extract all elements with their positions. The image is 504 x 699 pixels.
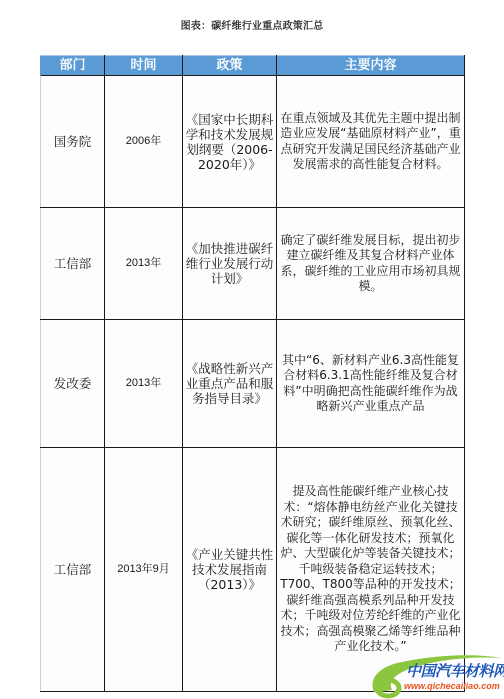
cell-dept: 国务院 bbox=[41, 76, 105, 208]
table-row: 工信部 2013年 《加快推进碳纤维行业发展行动计划》 确定了碳纤维发展目标，提… bbox=[41, 208, 465, 320]
cell-policy: 《国家中长期科学和技术发展规划纲要（2006-2020年）》 bbox=[183, 76, 277, 208]
cell-policy: 《产业关键共性技术发展指南（2013）》 bbox=[183, 448, 277, 692]
page: 图表：碳纤维行业重点政策汇总 部门 时间 政策 主要内容 国务院 2006年 《… bbox=[0, 0, 504, 699]
table-row: 发改委 2013年 《战略性新兴产业重点产品和服务指导目录》 其中“6、新材料产… bbox=[41, 320, 465, 448]
cell-dept: 发改委 bbox=[41, 320, 105, 448]
cell-time: 2006年 bbox=[105, 76, 183, 208]
cell-time: 2013年9月 bbox=[105, 448, 183, 692]
cell-time: 2013年 bbox=[105, 320, 183, 448]
cell-content: 其中“6、新材料产业6.3高性能复合材料6.3.1高性能纤维及复合材料”中明确把… bbox=[277, 320, 465, 448]
cell-dept: 工信部 bbox=[41, 448, 105, 692]
table-row: 国务院 2006年 《国家中长期科学和技术发展规划纲要（2006-2020年）》… bbox=[41, 76, 465, 208]
cell-time: 2013年 bbox=[105, 208, 183, 320]
watermark-url: www.qichecailiao.com bbox=[404, 681, 500, 691]
header-policy: 政策 bbox=[183, 56, 277, 76]
cell-content: 在重点领域及其优先主题中提出制造业应发展“基础原材料产业”，重点研究开发满足国民… bbox=[277, 76, 465, 208]
policy-table: 部门 时间 政策 主要内容 国务院 2006年 《国家中长期科学和技术发展规划纲… bbox=[40, 55, 465, 692]
cell-policy: 《加快推进碳纤维行业发展行动计划》 bbox=[183, 208, 277, 320]
header-content: 主要内容 bbox=[277, 56, 465, 76]
table-header-row: 部门 时间 政策 主要内容 bbox=[41, 56, 465, 76]
header-dept: 部门 bbox=[41, 56, 105, 76]
cell-dept: 工信部 bbox=[41, 208, 105, 320]
watermark-name: 中国汽车材料网 bbox=[406, 660, 504, 681]
figure-title: 图表：碳纤维行业重点政策汇总 bbox=[0, 17, 504, 32]
cell-content: 确定了碳纤维发展目标，提出初步建立碳纤维及其复合材料产业体系，碳纤维的工业应用市… bbox=[277, 208, 465, 320]
watermark-logo: 中国汽车材料网 www.qichecailiao.com bbox=[366, 648, 504, 699]
cell-policy: 《战略性新兴产业重点产品和服务指导目录》 bbox=[183, 320, 277, 448]
header-time: 时间 bbox=[105, 56, 183, 76]
